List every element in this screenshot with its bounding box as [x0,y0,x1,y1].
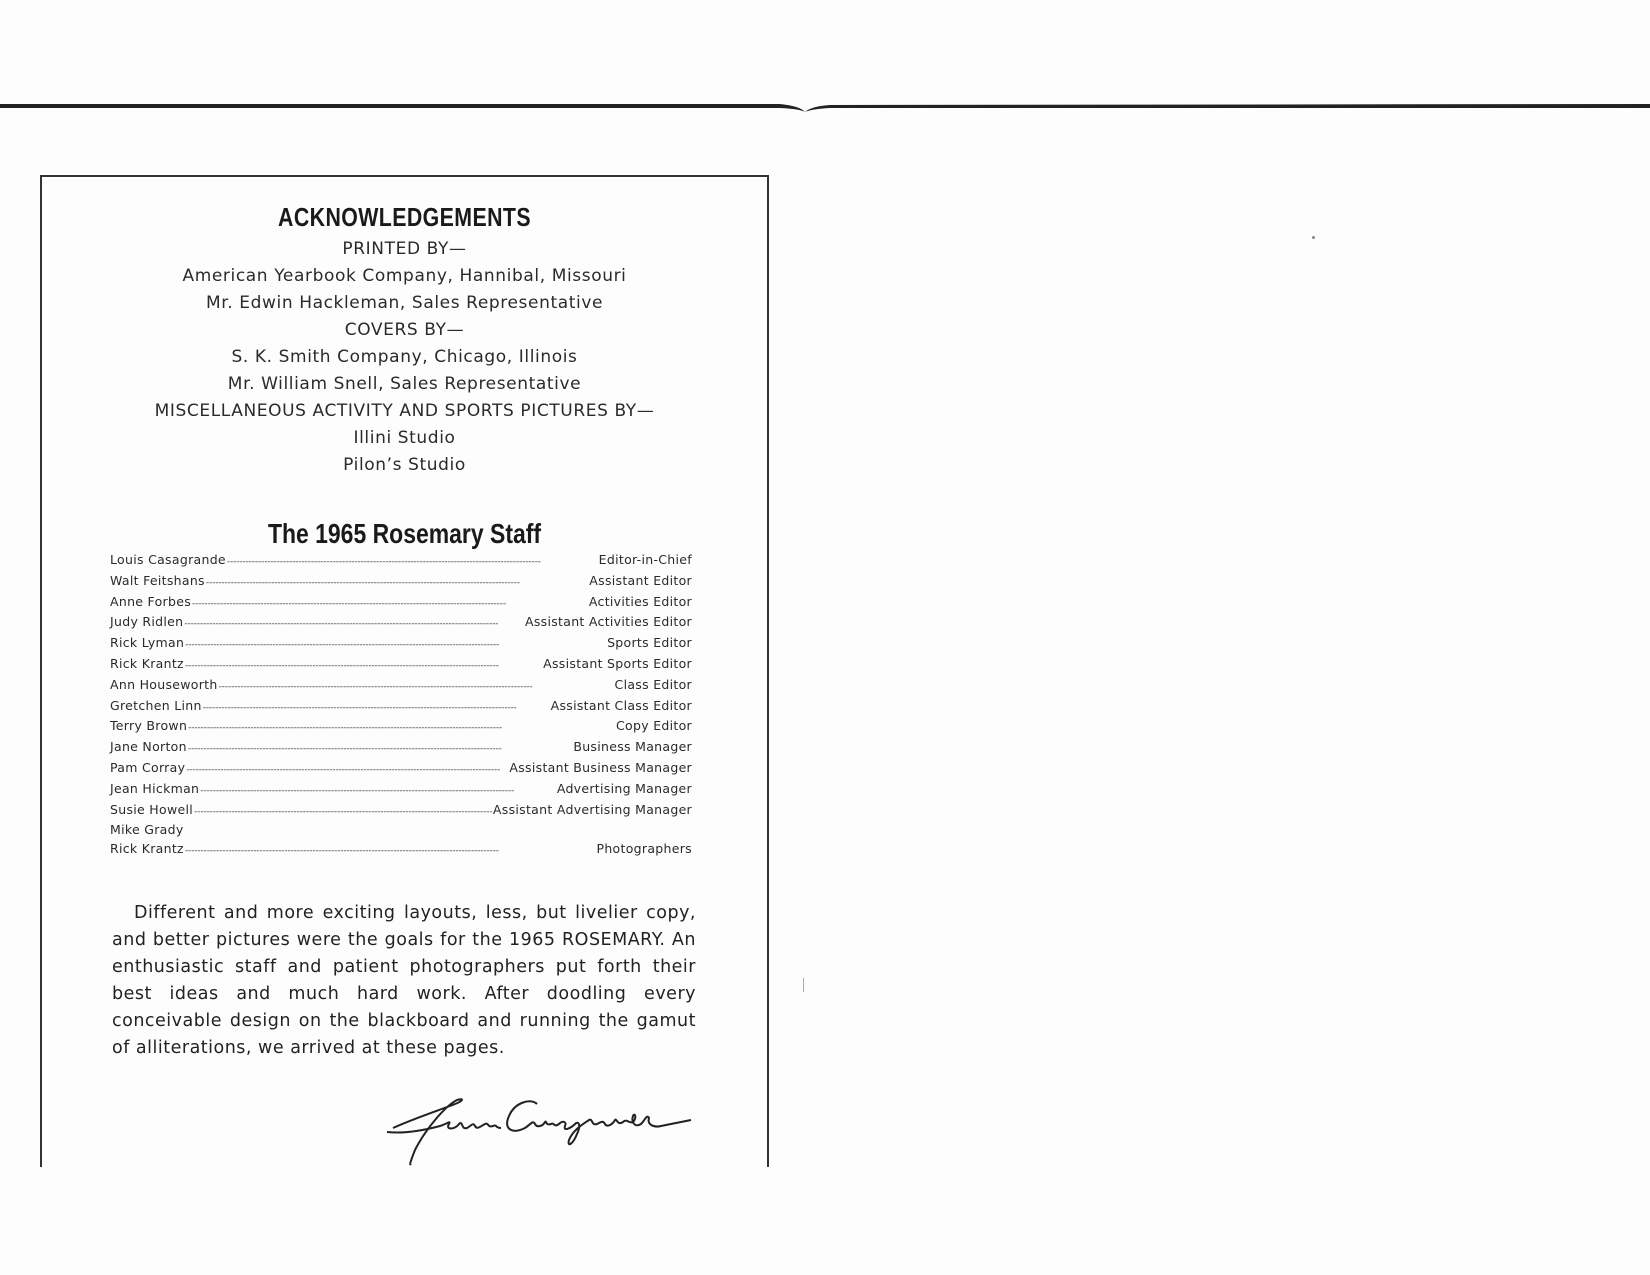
staff-name: Gretchen Linn [110,697,202,716]
dot-leader [194,801,492,822]
acknowledgement-line: PRINTED BY— [40,236,769,263]
staff-role: Assistant Activities Editor [525,613,692,632]
dot-leader [186,759,508,780]
staff-row: Anne ForbesActivities Editor [110,593,692,614]
staff-name: Ann Houseworth [110,676,218,695]
dot-leader [188,717,615,738]
staff-name: Pam Corray [110,759,185,778]
paper-speck [1312,236,1315,239]
acknowledgements-list: PRINTED BY—American Yearbook Company, Ha… [40,236,769,479]
staff-name: Terry Brown [110,717,187,736]
staff-role: Photographers [597,840,693,859]
paper-mark [803,978,804,992]
dot-leader [185,655,542,676]
dot-leader [219,676,614,697]
staff-row: Susie HowellAssistant Advertising Manage… [110,801,692,822]
staff-name: Louis Casagrande [110,551,226,570]
acknowledgement-line: MISCELLANEOUS ACTIVITY AND SPORTS PICTUR… [40,398,769,425]
dot-leader [185,634,606,655]
staff-name: Susie Howell [110,801,193,820]
staff-role: Assistant Sports Editor [543,655,692,674]
staff-heading: The 1965 Rosemary Staff [106,518,704,550]
signature: Louis Casagrande [385,1090,695,1170]
staff-role: Advertising Manager [557,780,692,799]
staff-row: Ann HouseworthClass Editor [110,676,692,697]
dot-leader [206,572,588,593]
staff-name: Rick Lyman [110,634,184,653]
acknowledgement-line: S. K. Smith Company, Chicago, Illinois [40,344,769,371]
staff-role: Business Manager [573,738,692,757]
staff-name: Anne Forbes [110,593,191,612]
dot-leader [185,840,596,861]
staff-row: Jane NortonBusiness Manager [110,738,692,759]
staff-row: Mike Grady [110,821,692,840]
staff-row: Rick KrantzAssistant Sports Editor [110,655,692,676]
acknowledgements-heading: ACKNOWLEDGEMENTS [106,202,704,233]
dot-leader [184,613,524,634]
staff-role: Assistant Business Manager [509,759,692,778]
acknowledgement-line: Mr. Edwin Hackleman, Sales Representativ… [40,290,769,317]
staff-name: Rick Krantz [110,655,184,674]
dot-leader [192,593,588,614]
editor-note-paragraph: Different and more exciting layouts, les… [112,900,696,1062]
staff-role: Assistant Advertising Manager [493,801,692,820]
staff-name: Jane Norton [110,738,187,757]
staff-row: Louis CasagrandeEditor-in-Chief [110,551,692,572]
acknowledgement-line: Pilon’s Studio [40,452,769,479]
staff-role: Activities Editor [589,593,692,612]
dot-leader [203,697,550,718]
staff-name: Walt Feitshans [110,572,205,591]
staff-name: Judy Ridlen [110,613,183,632]
book-spine-line [0,100,1650,112]
staff-list: Louis CasagrandeEditor-in-ChiefWalt Feit… [110,551,692,861]
dot-leader [188,738,572,759]
staff-row: Terry BrownCopy Editor [110,717,692,738]
staff-role: Sports Editor [607,634,692,653]
staff-row: Judy RidlenAssistant Activities Editor [110,613,692,634]
acknowledgement-line: American Yearbook Company, Hannibal, Mis… [40,263,769,290]
staff-row: Pam CorrayAssistant Business Manager [110,759,692,780]
dot-leader [227,551,598,572]
staff-name: Mike Grady [110,821,184,840]
staff-role: Assistant Editor [589,572,692,591]
staff-row: Walt FeitshansAssistant Editor [110,572,692,593]
dot-leader [200,780,556,801]
staff-row: Jean HickmanAdvertising Manager [110,780,692,801]
acknowledgement-line: Mr. William Snell, Sales Representative [40,371,769,398]
staff-name: Jean Hickman [110,780,199,799]
acknowledgement-line: COVERS BY— [40,317,769,344]
staff-row: Rick KrantzPhotographers [110,840,692,861]
staff-role: Class Editor [615,676,692,695]
staff-role: Copy Editor [616,717,692,736]
staff-row: Gretchen LinnAssistant Class Editor [110,697,692,718]
staff-row: Rick LymanSports Editor [110,634,692,655]
acknowledgement-line: Illini Studio [40,425,769,452]
staff-role: Assistant Class Editor [551,697,692,716]
staff-role: Editor-in-Chief [599,551,692,570]
staff-name: Rick Krantz [110,840,184,859]
